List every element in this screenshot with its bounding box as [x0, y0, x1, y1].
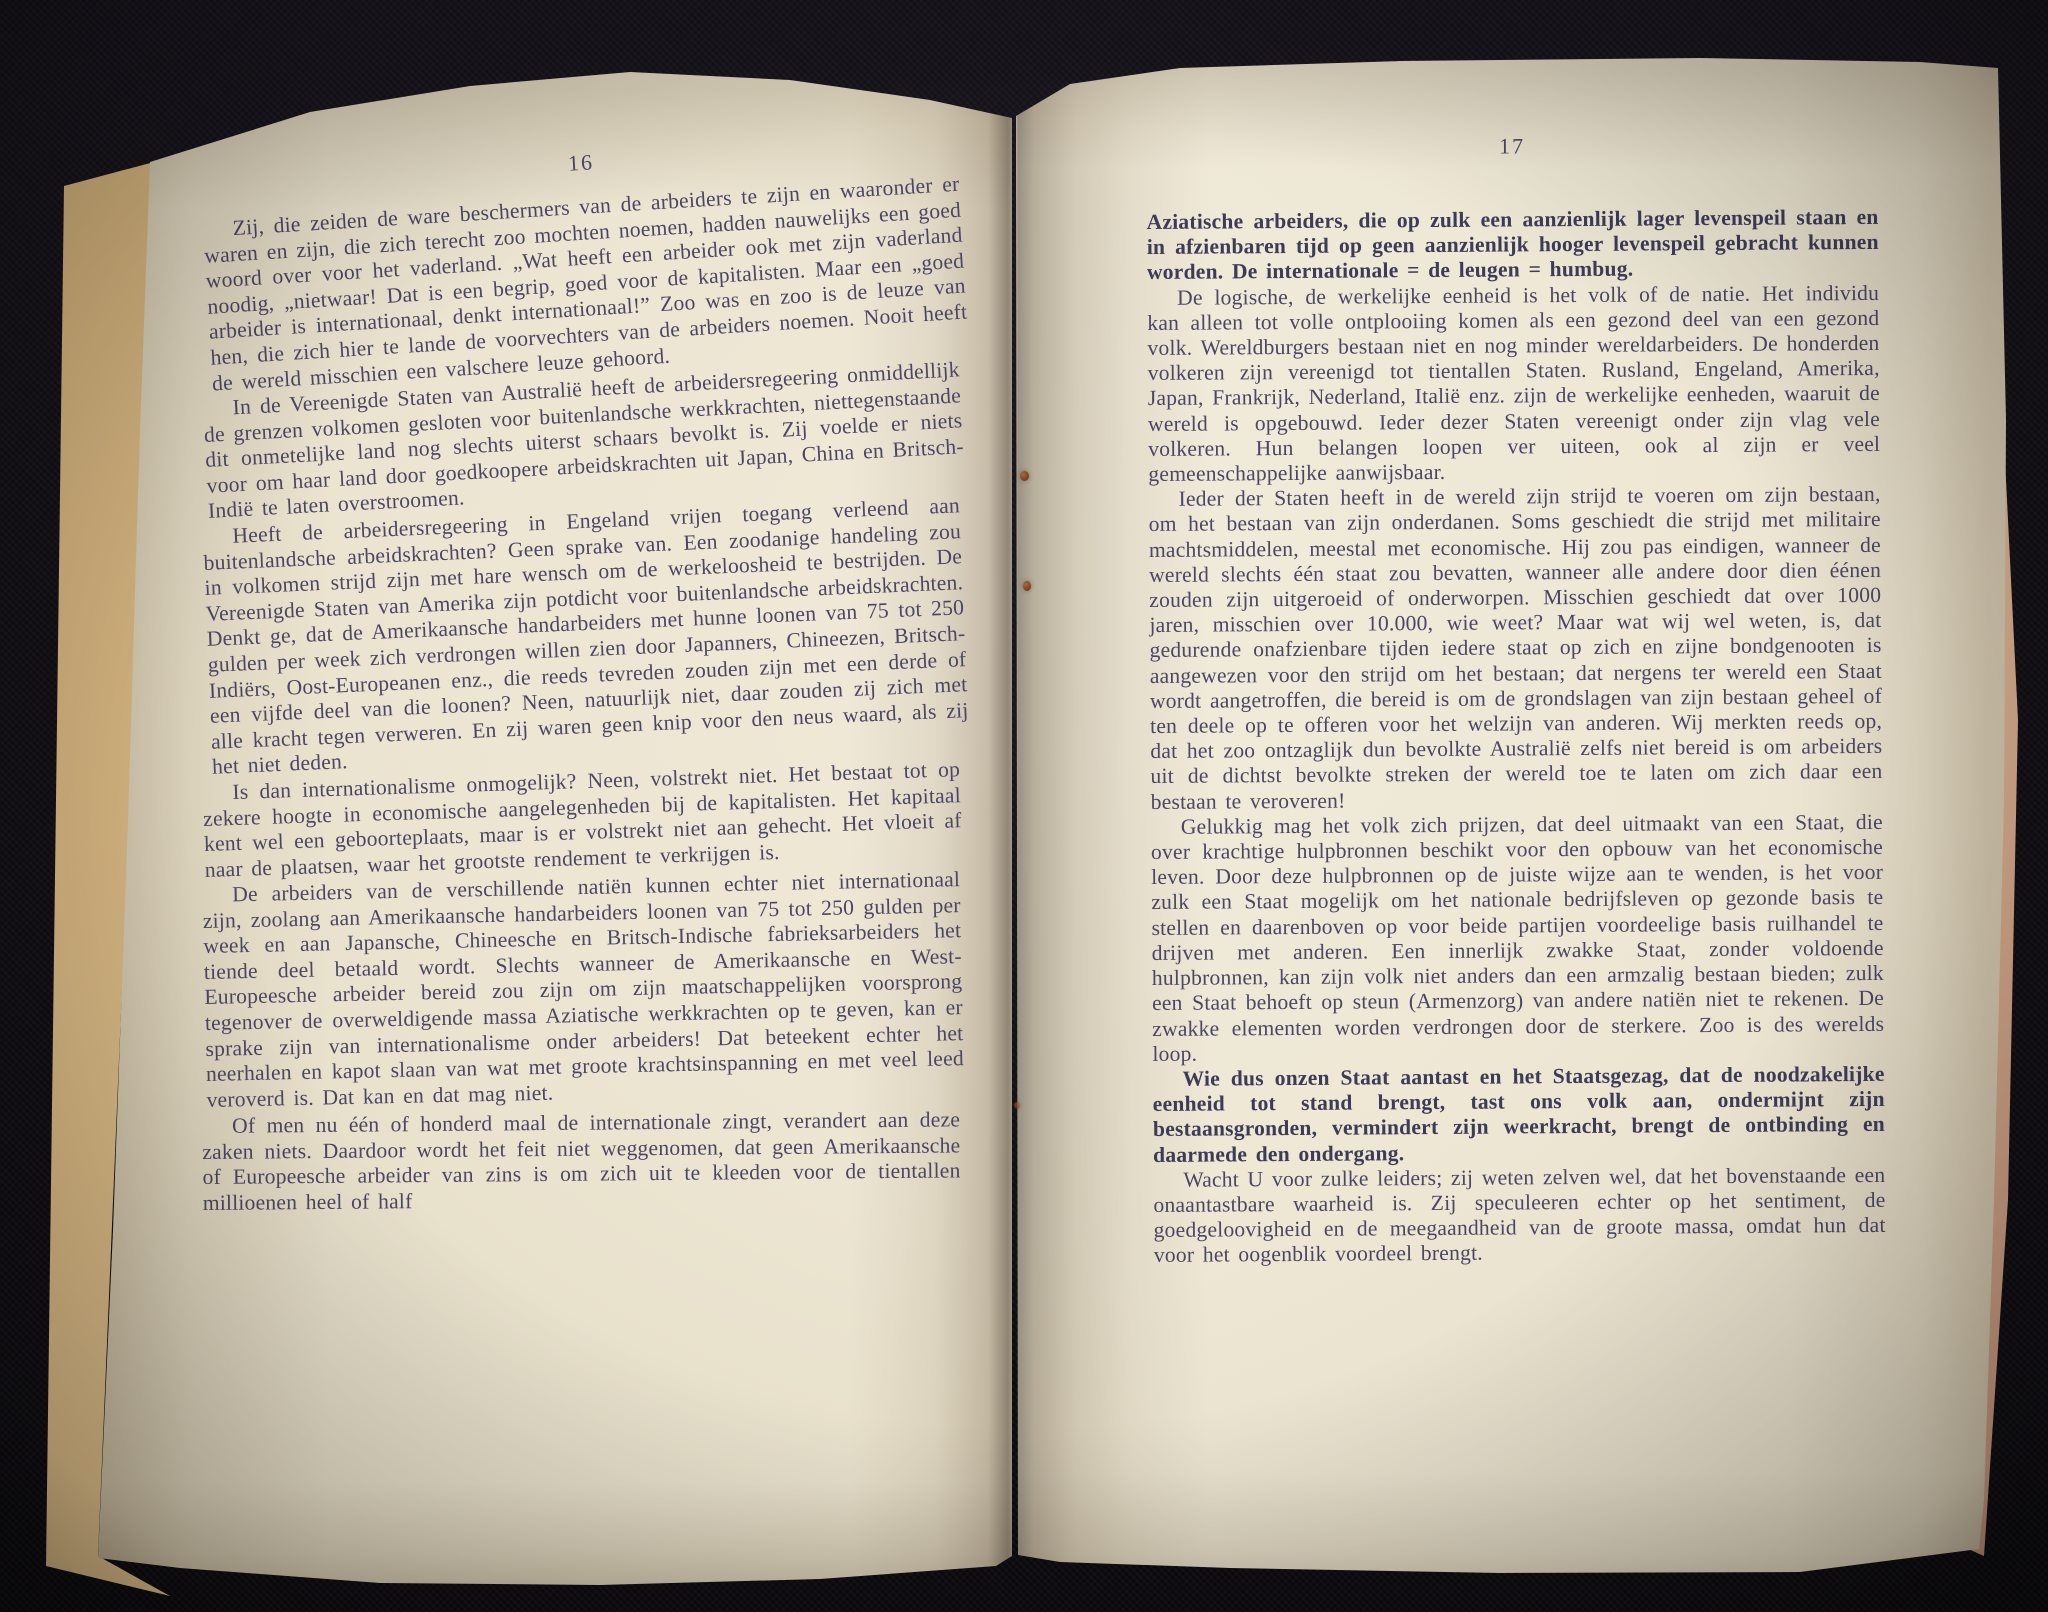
staple-mark	[1023, 581, 1031, 591]
book-photo: 16 Zij, die zeiden de ware beschermers v…	[0, 0, 2048, 1612]
left-page-paragraphs: Zij, die zeiden de ware beschermers van …	[202, 218, 960, 1216]
paragraph: Heeft de arbeidersregeering in Engeland …	[202, 493, 970, 780]
paragraph: Of men nu één of honderd maal de interna…	[202, 1107, 961, 1216]
left-page-text: 16 Zij, die zeiden de ware beschermers v…	[202, 150, 960, 1216]
paragraph: Gelukkig mag het volk zich prijzen, dat …	[1151, 810, 1885, 1067]
paragraph: Ieder der Staten heeft in de wereld zijn…	[1148, 482, 1882, 815]
staple-mark	[1020, 471, 1029, 481]
staple-mark	[1014, 1102, 1020, 1109]
paragraph: Wie dus onzen Staat aantast en het Staat…	[1152, 1062, 1885, 1168]
right-page-paragraphs: Aziatische arbeiders, die op zulk een aa…	[1147, 205, 1886, 1269]
right-page-text: 17 Aziatische arbeiders, die op zulk een…	[1146, 131, 1886, 1269]
paragraph: De logische, de werkelijke eenheid is he…	[1147, 280, 1880, 487]
page-number-right: 17	[1146, 131, 1878, 162]
paragraph: De arbeiders van de verschillende natiën…	[202, 868, 965, 1114]
paragraph: Aziatische arbeiders, die op zulk een aa…	[1147, 205, 1880, 286]
paragraph: Wacht U voor zulke leiders; zij weten ze…	[1153, 1163, 1886, 1269]
